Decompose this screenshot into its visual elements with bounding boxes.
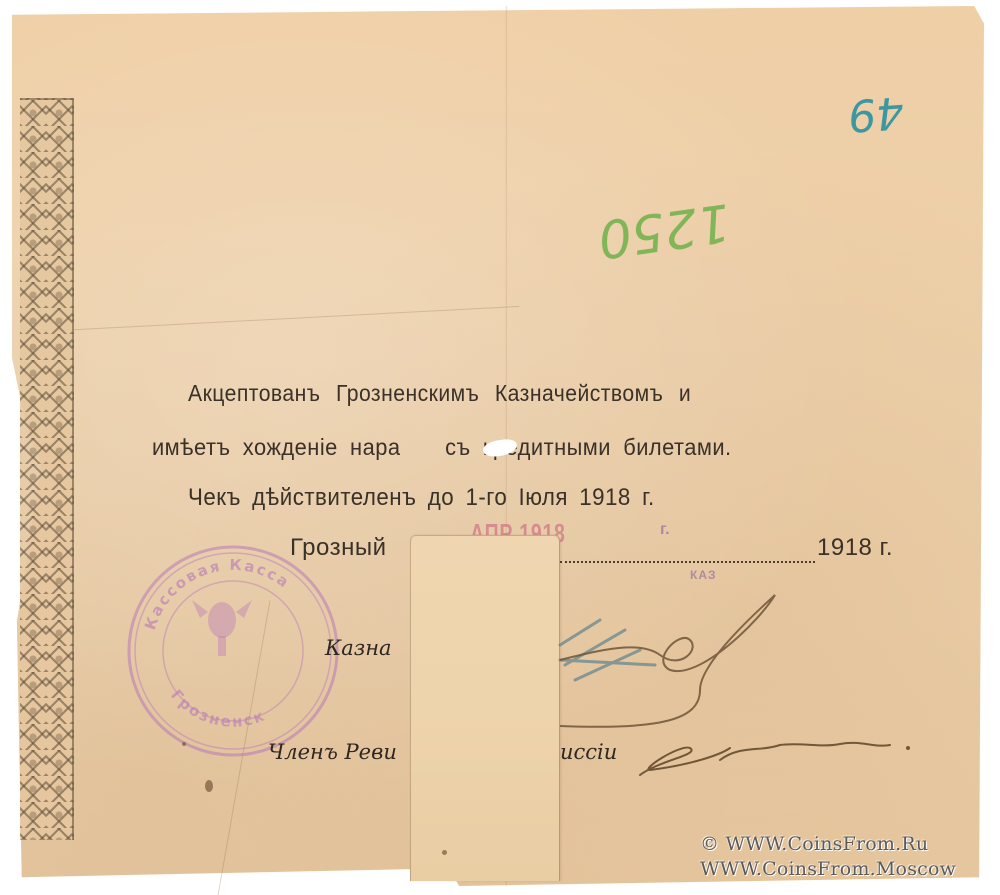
commission-member-label-right: иссіи: [560, 740, 617, 764]
ink-spot: [442, 850, 447, 855]
date-stamp-tail: г.: [660, 521, 670, 539]
svg-text:Грозненск: Грозненск: [167, 686, 268, 731]
seal-text-bottom: Грозненск: [167, 686, 268, 731]
repair-tape: [410, 535, 560, 881]
blue-pencil-mark: 49: [846, 86, 905, 141]
commission-member-label-left: Членъ Реви: [268, 740, 397, 764]
acceptance-line-1: Акцептованъ Грозненскимъ Казначействомъ …: [188, 380, 691, 407]
acceptance-line-2: имѣетъ хожденіе нара съ кредитными билет…: [152, 434, 732, 461]
round-seal: Кассовая Касса Грозненск: [122, 540, 344, 762]
watermark-line-2: WWW.CoinsFrom.Moscow: [700, 858, 956, 880]
watermark-line-1: © WWW.CoinsFrom.Ru: [700, 833, 928, 855]
treasurer-label: Казна: [325, 636, 392, 660]
date-stamp-sub: КАЗ: [690, 568, 717, 582]
ink-spot: [205, 780, 213, 792]
year-label: 1918 г.: [817, 534, 893, 562]
eagle-emblem-icon: [192, 600, 252, 656]
date-dotted-line: [560, 561, 815, 563]
ornamental-border: [20, 98, 74, 840]
validity-line: Чекъ дѣйствителенъ до 1-го Іюля 1918 г.: [188, 484, 655, 512]
ink-spot: [182, 742, 186, 746]
